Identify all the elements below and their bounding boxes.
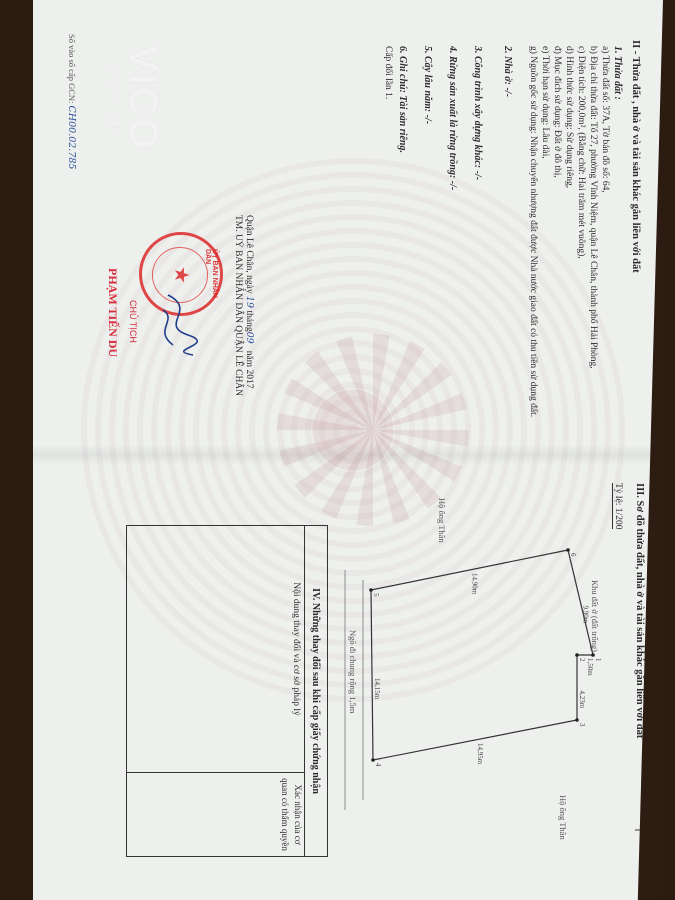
star-emblem-icon: ★ — [169, 266, 194, 284]
svg-text:6: 6 — [569, 553, 577, 557]
svg-text:14,15m: 14,15m — [373, 678, 381, 700]
forest-item: 4. Rừng sản xuất là rừng trồng: -/- — [447, 46, 458, 190]
land-heading: 1. Thửa đất : — [612, 46, 623, 100]
authority-line: TM. UỶ BAN NHÂN DÂN QUẬN LÊ CHÂN — [233, 215, 243, 396]
chairman-name: PHẠM TIẾN DU — [105, 268, 120, 357]
perennial-item: 5. Cây lâu năm: -/- — [422, 46, 433, 124]
north-arrow-icon — [633, 800, 663, 860]
neighbor-left-label: Hộ ông Thân — [437, 498, 447, 543]
section2-title: II - Thửa đất , nhà ở và tài sản khác gắ… — [630, 40, 641, 273]
svg-text:1,50m: 1,50m — [586, 658, 594, 676]
svg-text:14,95m: 14,95m — [476, 743, 484, 765]
day-handwritten: 19 — [244, 296, 255, 308]
rotated-content: II - Thửa đất , nhà ở và tài sản khác gắ… — [33, 0, 663, 900]
authority-confirmation-column: Xác nhận của cơ quan có thẩm quyền — [127, 773, 305, 856]
land-address: b) Địa chỉ thửa đất: Tổ 27, phường Vĩnh … — [588, 46, 598, 369]
land-parcel-number: a) Thửa đất số: 37A, Tờ bản đồ số: 64, — [600, 46, 610, 193]
neighbor-right-label: Hộ ông Thân — [558, 795, 568, 840]
issue-note: Cấp đổi lần 1. — [383, 46, 393, 99]
change-content-column: Nội dung thay đổi và cơ sở pháp lý — [127, 526, 305, 773]
section4-title: IV. Những thay đổi sau khi cấp giấy chứn… — [304, 526, 327, 856]
svg-text:4: 4 — [374, 763, 382, 767]
certificate-paper: II - Thửa đất , nhà ở và tài sản khác gắ… — [33, 0, 663, 900]
land-use-form: d) Hình thức sử dụng: Sử dụng riêng, — [564, 46, 574, 188]
place-date: Quận Lê Chân, ngày 19 tháng09 năm 2017 — [244, 215, 255, 389]
land-use-term: e) Thời hạn sử dụng: Lâu dài, — [540, 46, 550, 159]
svg-text:5: 5 — [372, 593, 380, 597]
chairman-title: CHỦ TỊCH — [128, 300, 138, 343]
construction-item: 3. Công trình xây dựng khác: -/- — [472, 46, 483, 180]
registry-number: Số vào sổ cấp GCN: CH00.02.785 — [66, 34, 77, 169]
svg-text:9,90m: 9,90m — [582, 606, 590, 624]
svg-text:2: 2 — [578, 658, 586, 662]
vico-watermark: VICO VICO.VN — [106, 45, 165, 151]
land-use-origin: g) Nguồn gốc sử dụng: Nhận chuyển nhượng… — [528, 46, 538, 417]
land-use-purpose: đ) Mục đích sử dụng: Đất ở đô thị, — [552, 46, 562, 178]
registry-value: CH00.02.785 — [66, 106, 77, 170]
house-item: 2. Nhà ở: -/- — [502, 46, 513, 97]
svg-text:14,90m: 14,90m — [471, 573, 479, 595]
north-arrow-label: B — [642, 822, 657, 830]
land-area: c) Diện tích: 200,0m², (Bằng chữ: Hai tr… — [576, 46, 586, 259]
year-text: năm 2017 — [244, 351, 254, 389]
svg-text:3: 3 — [578, 723, 586, 727]
month-handwritten: 09 — [244, 332, 255, 344]
svg-text:1: 1 — [594, 658, 602, 662]
svg-text:4,23m: 4,23m — [578, 691, 586, 709]
notes-item: 6. Ghi chú: Tài sản riêng. — [397, 46, 408, 153]
changes-table: IV. Những thay đổi sau khi cấp giấy chứn… — [126, 525, 328, 857]
signature-scribble — [148, 290, 208, 360]
road-label: Ngõ đi chung rộng 1,5m — [348, 630, 358, 713]
top-area-label: Khu đất ở (đất trống) — [590, 580, 600, 652]
